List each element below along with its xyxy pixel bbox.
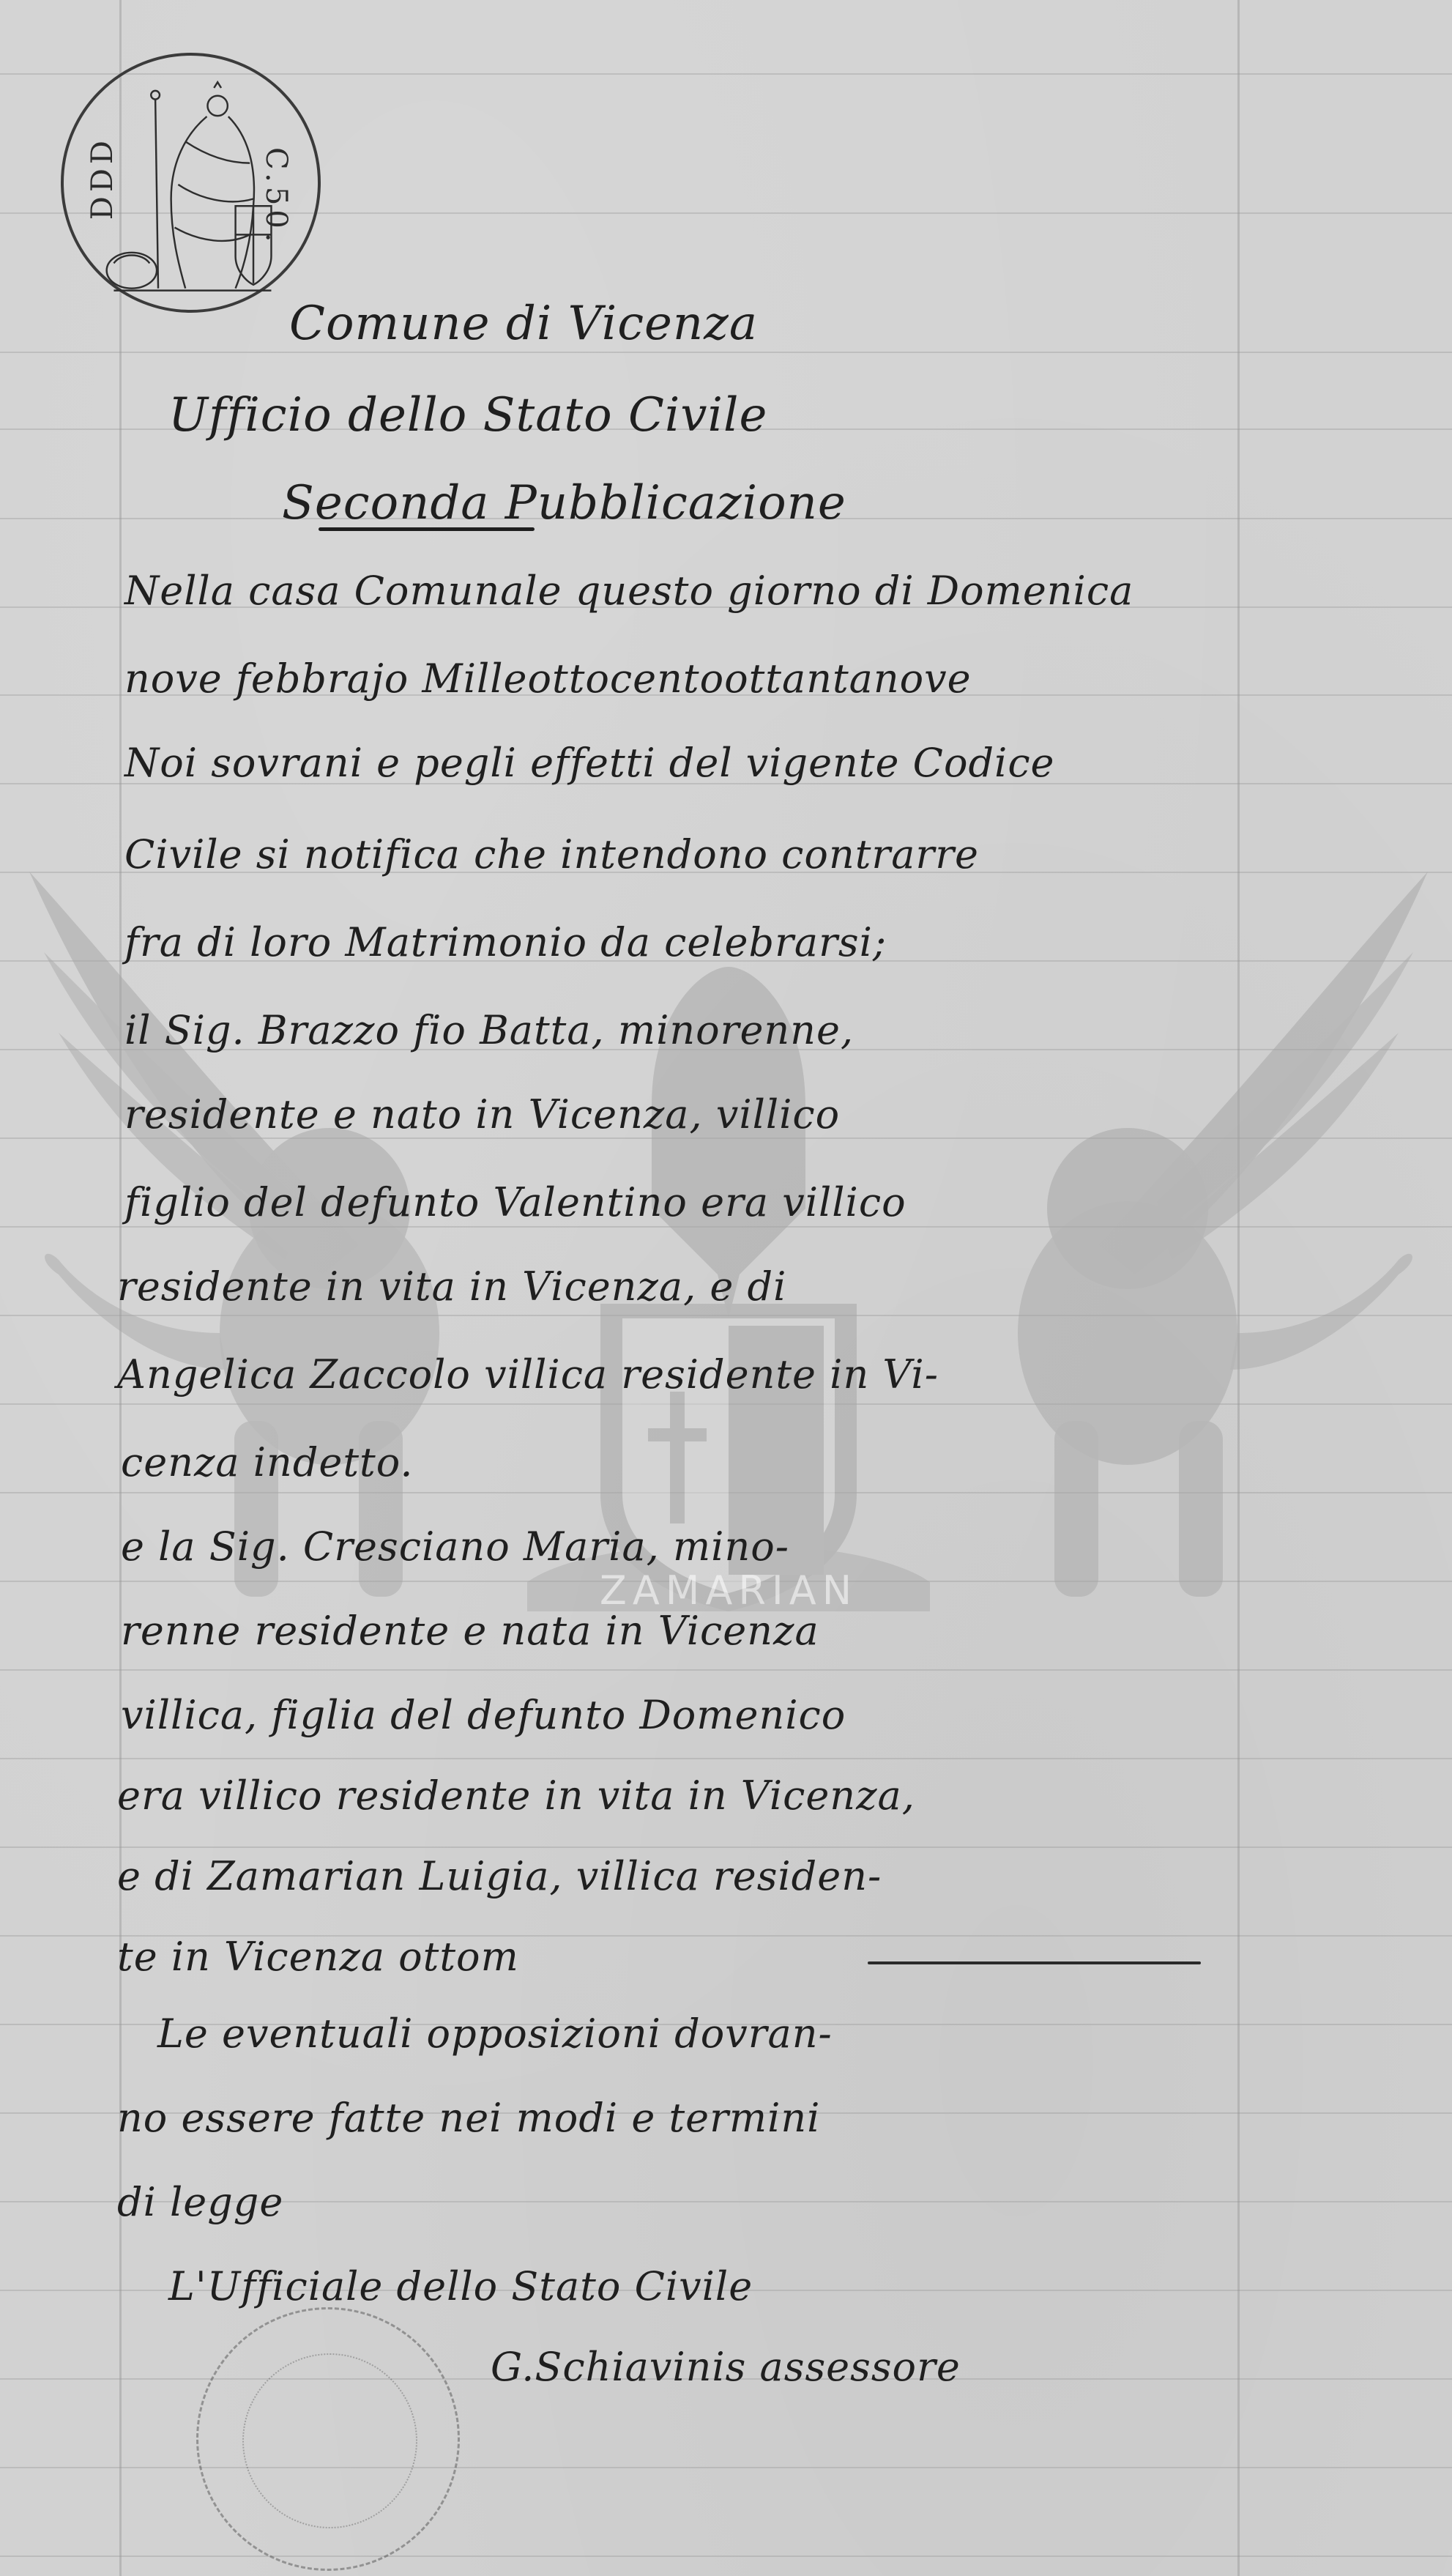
closing-line: di legge [117,2179,283,2225]
ruled-line [0,1315,1452,1316]
body-line: figlio del defunto Valentino era villico [124,1179,906,1225]
stamp-left-text: DDD [86,136,119,220]
closing-line: no essere fatte nei modi e termini [117,2095,820,2141]
ruled-line [0,2555,1452,2557]
body-line: Noi sovrani e pegli effetti del vigente … [124,740,1055,786]
body-line: residente in vita in Vicenza, e di [117,1263,786,1310]
body-line: e la Sig. Cresciano Maria, mino- [121,1523,789,1570]
body-line: il Sig. Brazzo fio Batta, minorenne, [124,1007,854,1053]
ruled-line [0,1403,1452,1405]
signature-signer: G.Schiavinis assessore [491,2344,961,2390]
watermark-text: ZAMARIAN [538,1567,919,1614]
ruled-line [0,1492,1452,1493]
margin-line-right [1237,0,1240,2576]
ruled-line [0,1137,1452,1139]
ruled-line [0,1758,1452,1759]
body-line: era villico residente in vita in Vicenza… [117,1773,915,1819]
zamarian-watermark-icon [15,864,1442,1611]
ruled-line [0,1846,1452,1848]
body-line: villica, figlia del defunto Domenico [121,1692,846,1738]
body-line: nove febbrajo Milleottocentoottantanove [124,656,972,702]
body-line: cenza indetto. [121,1439,414,1485]
municipal-seal-icon [196,2307,460,2571]
stamp-value-text: C.50. [259,147,293,247]
document-page: ZAMARIAN DDD C.50. [0,0,1452,2576]
ruled-line [0,352,1452,353]
line-end-stroke [868,1961,1201,1964]
body-line: residente e nato in Vicenza, villico [124,1091,840,1137]
body-line: Nella casa Comunale questo giorno di Dom… [124,568,1133,614]
seal-inner-ring [242,2353,417,2528]
ruled-line [0,1226,1452,1228]
signature-office: L'Ufficiale dello Stato Civile [168,2263,753,2309]
body-line: renne residente e nata in Vicenza [121,1608,819,1654]
body-line: Civile si notifica che intendono contrar… [124,831,979,877]
header-pubblicazione: Seconda Pubblicazione [282,476,846,530]
ruled-line [0,1669,1452,1671]
body-line: te in Vicenza ottom [117,1934,519,1980]
header-comune: Comune di Vicenza [289,297,758,351]
body-line: e di Zamarian Luigia, villica residen- [117,1853,882,1899]
body-line: fra di loro Matrimonio da celebrarsi; [124,919,887,965]
body-line: Angelica Zaccolo villica residente in Vi… [117,1351,939,1398]
header-underline [319,527,535,531]
closing-line: Le eventuali opposizioni dovran- [157,2011,833,2057]
revenue-stamp: DDD C.50. [61,53,321,313]
header-ufficio: Ufficio dello Stato Civile [168,388,767,442]
